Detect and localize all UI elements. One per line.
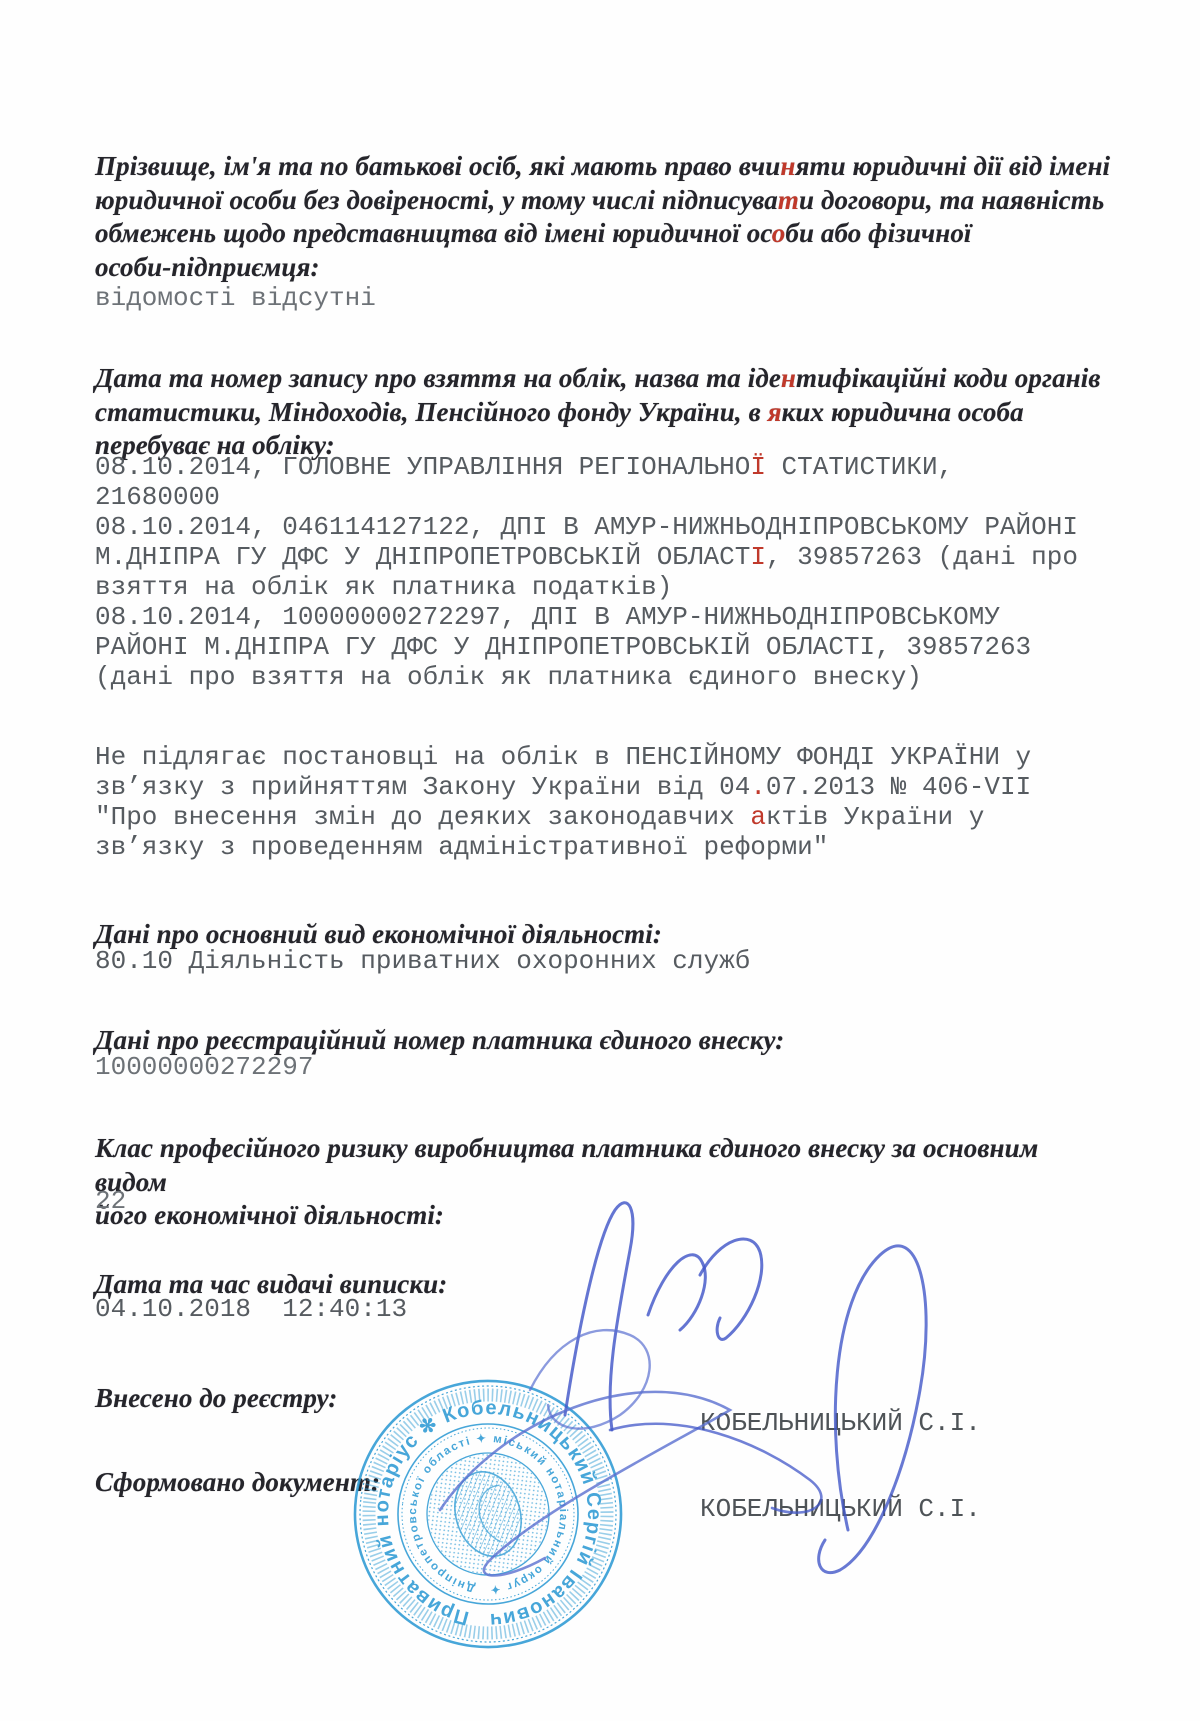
generated-by-name: КОБЕЛЬНИЦЬКИЙ С.І. (700, 1494, 1120, 1524)
main-activity-value: 80.10 Діяльність приватних охоронних слу… (95, 946, 1135, 976)
pension-note-value: Не підлягає постановці на облік в ПЕНСІЙ… (95, 742, 1135, 862)
document-page: Прізвище, ім'я та по батькові осіб, які … (0, 0, 1200, 1721)
risk-class-value: 22 (95, 1186, 1135, 1216)
stamp-artwork: Приватний нотаріус ✻ Кобельницький Сергі… (352, 1378, 624, 1650)
signatories-heading: Прізвище, ім'я та по батькові осіб, які … (95, 150, 1115, 284)
risk-class-heading: Клас професійного ризику виробництва пла… (95, 1132, 1115, 1233)
notary-stamp: Приватний нотаріус ✻ Кобельницький Сергі… (352, 1378, 624, 1650)
entered-by-name: КОБЕЛЬНИЦЬКИЙ С.І. (700, 1408, 1120, 1438)
signatories-value: відомості відсутні (95, 283, 1135, 313)
single-tax-number-value: 10000000272297 (95, 1052, 1135, 1082)
issue-datetime-value: 04.10.2018 12:40:13 (95, 1294, 1135, 1324)
registration-records-value: 08.10.2014, ГОЛОВНЕ УПРАВЛІННЯ РЕГІОНАЛЬ… (95, 452, 1135, 692)
registration-records-heading: Дата та номер запису про взяття на облік… (95, 362, 1115, 463)
